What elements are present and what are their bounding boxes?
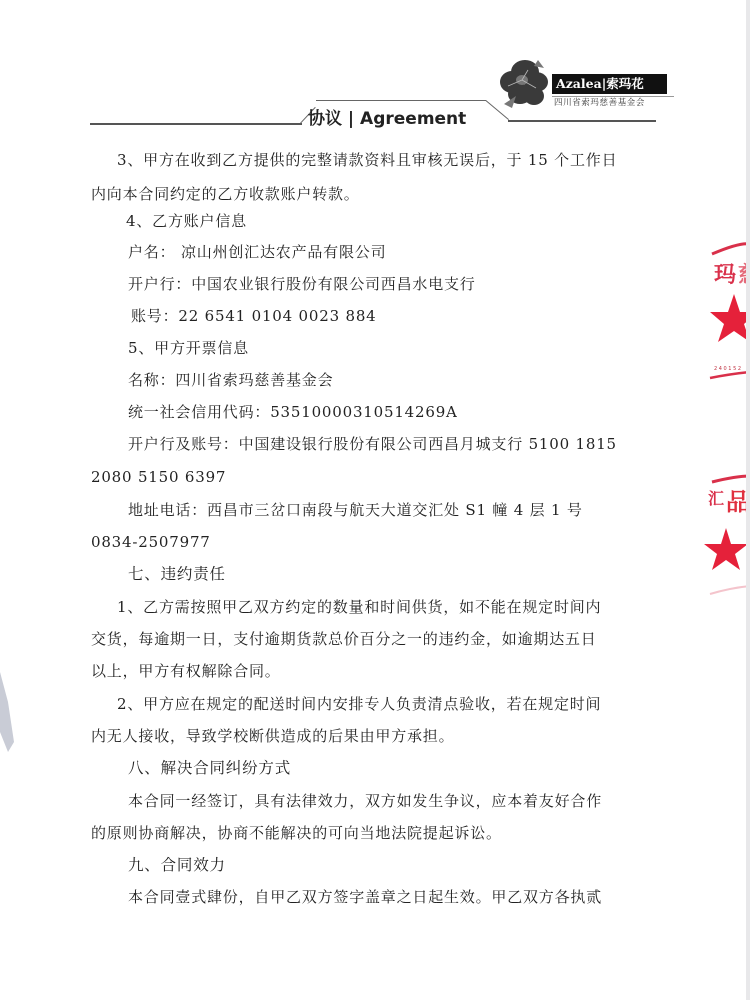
account-bank: 开户行：中国农业银行股份有限公司西昌水电支行 bbox=[128, 274, 476, 294]
clause-3-line-2: 内向本合同约定的乙方收款账户转款。 bbox=[91, 184, 360, 204]
section-7-heading: 七、违约责任 bbox=[128, 564, 226, 584]
invoice-bank-line-2: 2080 5150 6397 bbox=[91, 467, 226, 487]
invoice-address-line-1: 地址电话：西昌市三岔口南段与航天大道交汇处 S1 幢 4 层 1 号 bbox=[128, 500, 583, 520]
clause-8-line-2: 的原则协商解决，协商不能解决的可向当地法院提起诉讼。 bbox=[91, 823, 502, 843]
invoice-bank-line-1: 开户行及账号：中国建设银行股份有限公司西昌月城支行 5100 1815 bbox=[128, 434, 617, 454]
clause-7-2-line-1: 2、甲方应在规定的配送时间内安排专人负责清点验收，若在规定时间 bbox=[117, 694, 601, 714]
page-title: 协议 | Agreement bbox=[308, 104, 466, 128]
section-8-heading: 八、解决合同纠纷方式 bbox=[128, 758, 291, 778]
logo-subtitle: 四川省索玛慈善基金会 bbox=[552, 96, 674, 109]
document-page: 协议 | Agreement Azalea|索玛花 四川省索玛慈善基金会 3、甲… bbox=[0, 0, 750, 1000]
section-invoice-info: 5、甲方开票信息 bbox=[128, 338, 249, 358]
scan-artifact bbox=[0, 672, 14, 752]
invoice-phone: 0834-2507977 bbox=[91, 532, 211, 552]
svg-text:2 4 0 1 5 2: 2 4 0 1 5 2 bbox=[714, 366, 741, 372]
clause-7-2-line-2: 内无人接收，导致学校断供造成的后果由甲方承担。 bbox=[91, 726, 454, 746]
invoice-name: 名称：四川省索玛慈善基金会 bbox=[128, 370, 333, 390]
seal-stamp-bottom: 汇 品 bbox=[700, 470, 750, 600]
clause-7-1-line-1: 1、乙方需按照甲乙双方约定的数量和时间供货，如不能在规定时间内 bbox=[117, 597, 601, 617]
section-9-heading: 九、合同效力 bbox=[128, 855, 226, 875]
logo-brand-text: Azalea|索玛花 bbox=[552, 74, 667, 94]
credit-code: 统一社会信用代码：53510000310514269A bbox=[128, 402, 458, 422]
foundation-logo: Azalea|索玛花 四川省索玛慈善基金会 bbox=[496, 50, 676, 116]
clause-3-line-1: 3、甲方在收到乙方提供的完整请款资料且审核无误后，于 15 个工作日 bbox=[117, 150, 617, 170]
page-edge-shadow bbox=[746, 0, 750, 1000]
svg-text:玛: 玛 bbox=[714, 262, 736, 288]
header-rule-left bbox=[90, 123, 302, 125]
clause-9-line-1: 本合同壹式肆份，自甲乙双方签字盖章之日起生效。甲乙双方各执贰 bbox=[128, 887, 602, 907]
header-tab-top-edge bbox=[316, 100, 486, 101]
clause-7-1-line-2: 交货，每逾期一日，支付逾期货款总价百分之一的违约金，如逾期达五日 bbox=[91, 629, 597, 649]
account-number: 账号：22 6541 0104 0023 884 bbox=[131, 306, 377, 326]
clause-7-1-line-3: 以上，甲方有权解除合同。 bbox=[91, 661, 281, 681]
seal-stamp-top: 玛 慈 2 4 0 1 5 2 bbox=[700, 236, 750, 386]
account-name: 户名： 凉山州创汇达农产品有限公司 bbox=[128, 242, 386, 262]
section-party-b-account: 4、乙方账户信息 bbox=[126, 211, 247, 231]
header-rule-right bbox=[508, 120, 656, 122]
azalea-flower-icon bbox=[498, 52, 552, 112]
clause-8-line-1: 本合同一经签订，具有法律效力，双方如发生争议，应本着友好合作 bbox=[128, 791, 602, 811]
svg-text:汇: 汇 bbox=[708, 489, 724, 508]
